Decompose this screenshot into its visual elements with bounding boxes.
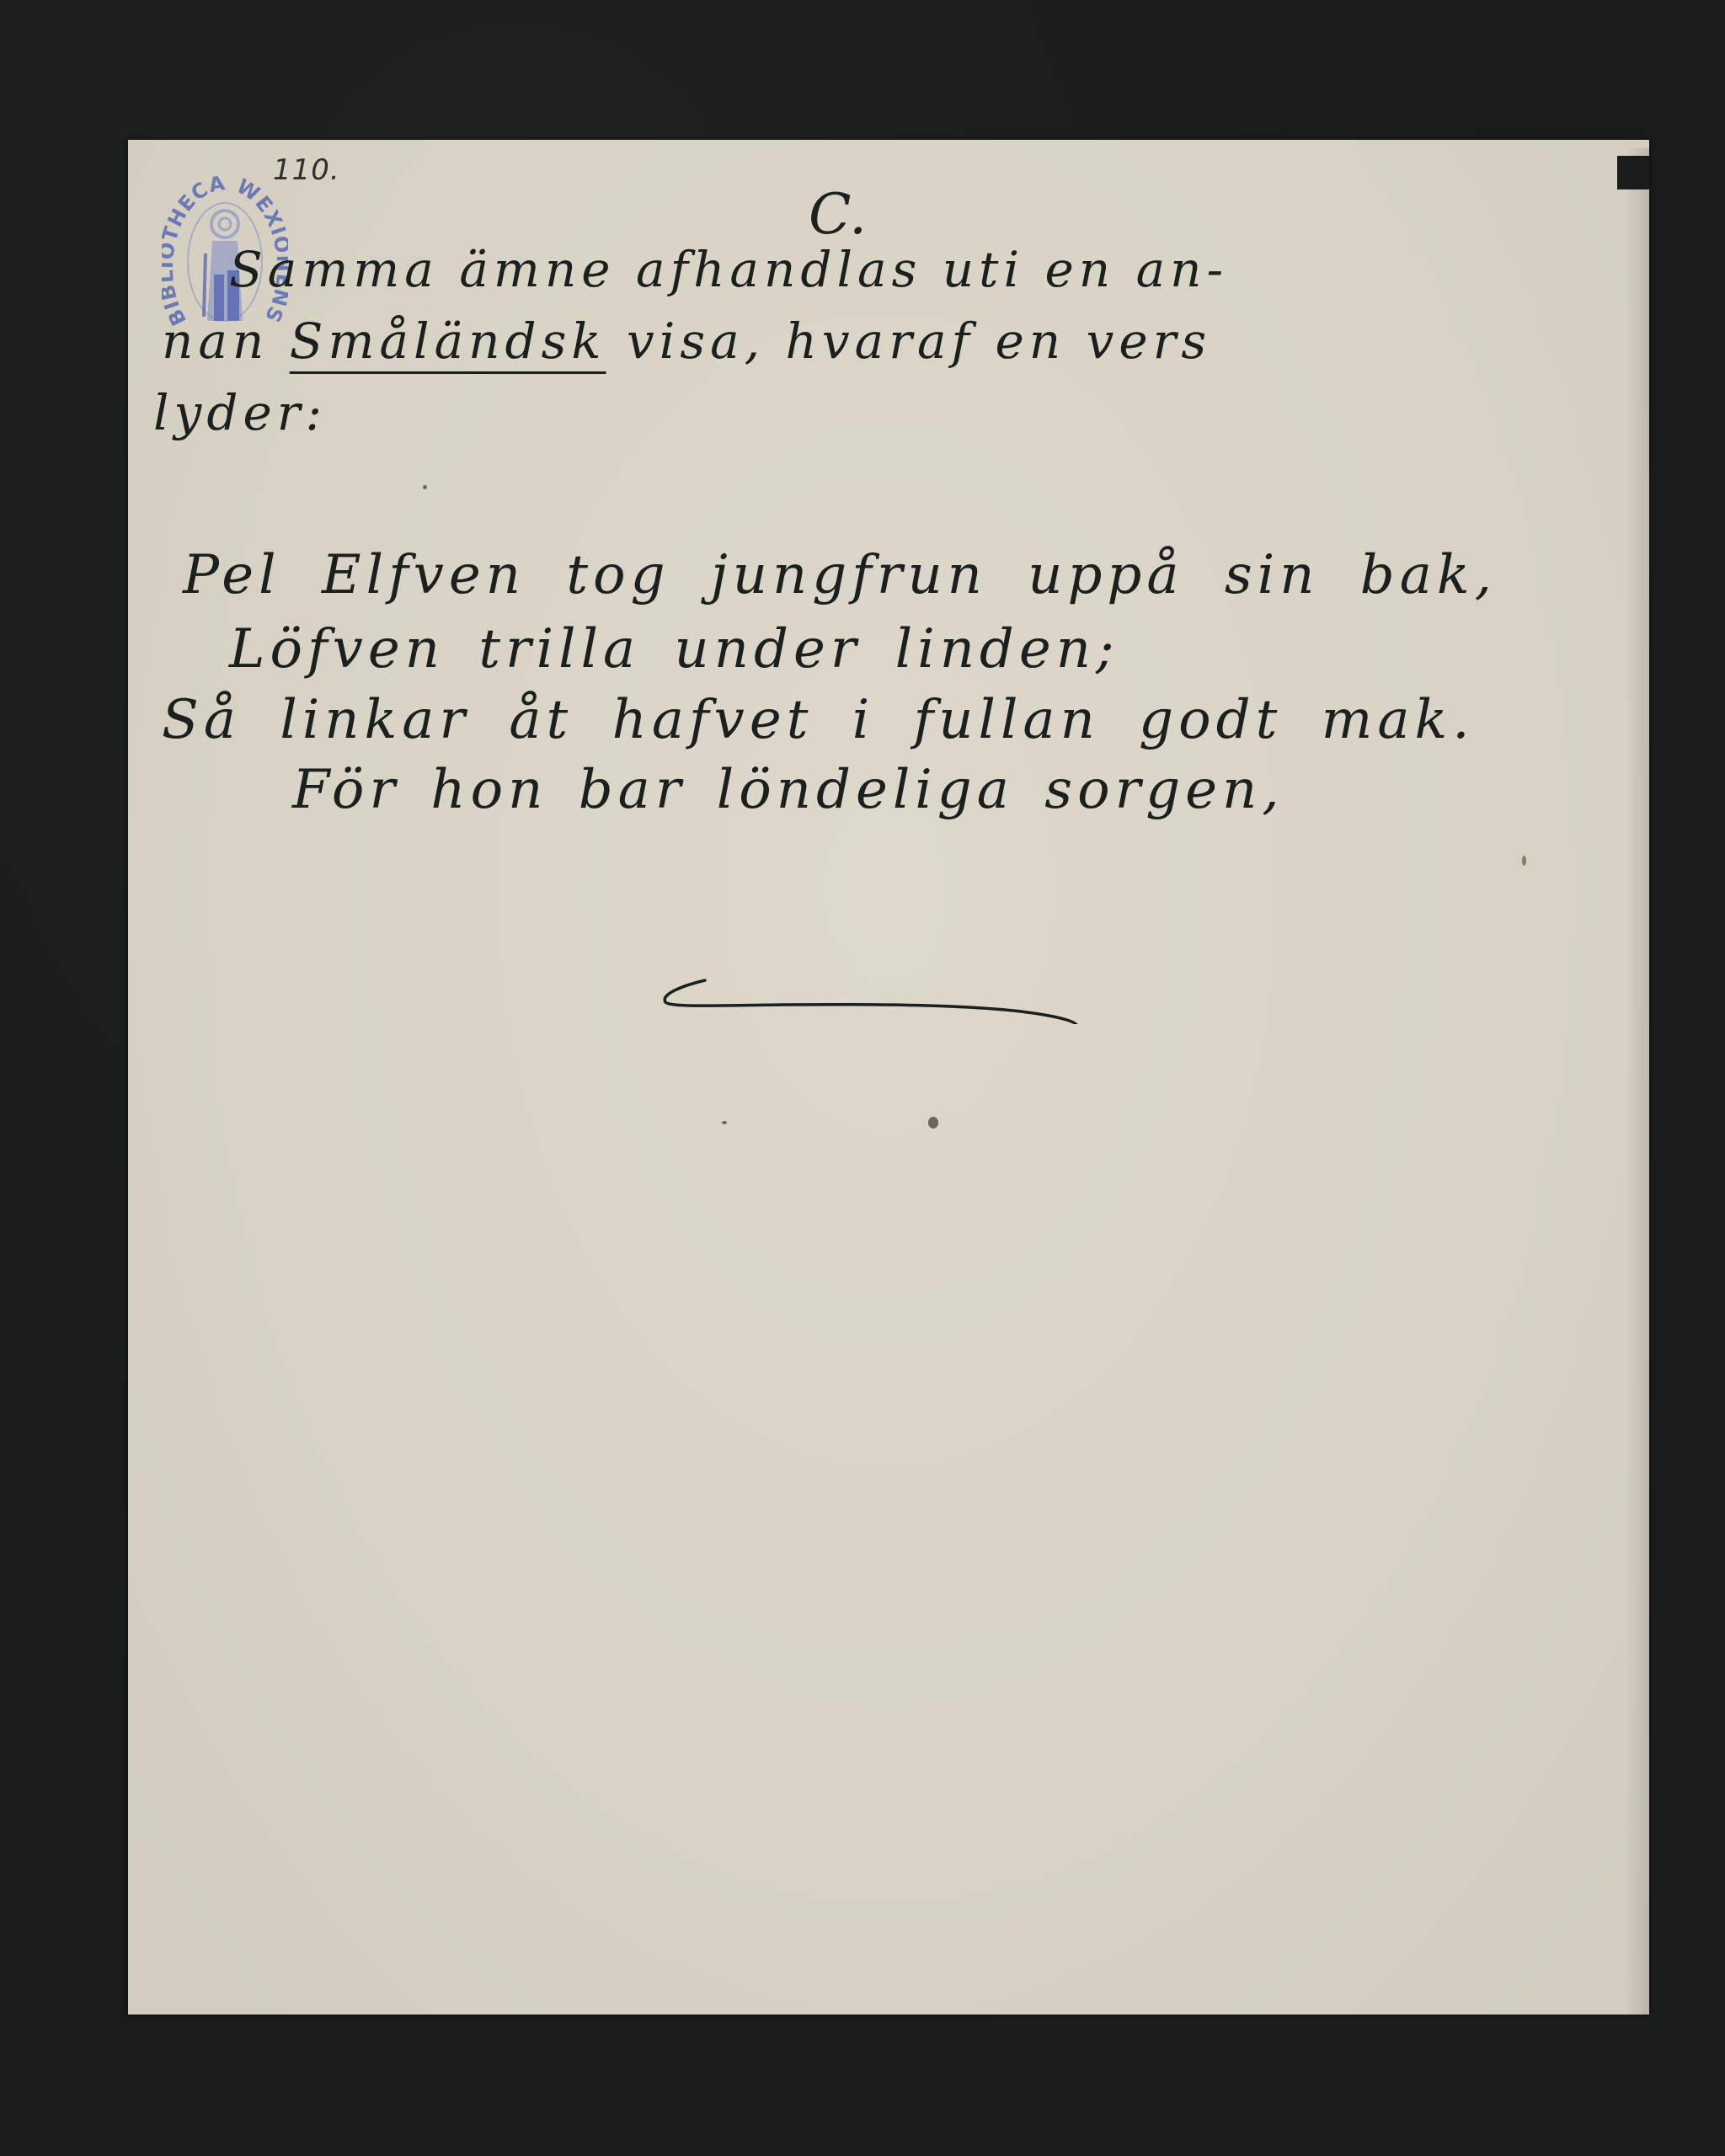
verse-line-3: Så linkar åt hafvet i fullan godt mak. xyxy=(162,689,1475,751)
manuscript-page: 110. BIBLIOTHECA WEXIONENSIS C. Samma äm… xyxy=(128,140,1649,2015)
verse-line-1: Pel Elfven tog jungfrun uppå sin bak, xyxy=(183,544,1497,606)
prose-line-2-end: visa, hvaraf en vers xyxy=(606,312,1212,370)
ink-speck xyxy=(423,485,427,489)
prose-line-2: nan Småländsk visa, hvaraf en vers xyxy=(162,312,1211,370)
end-flourish-icon xyxy=(659,974,1080,1024)
ink-speck xyxy=(928,1117,938,1129)
section-letter: C. xyxy=(809,182,867,247)
ink-speck xyxy=(722,1121,727,1124)
underlined-word-smalandsk: Småländsk xyxy=(290,312,606,370)
prose-line-3: lyder: xyxy=(153,384,327,441)
verse-line-2: Löfven trilla under linden; xyxy=(229,618,1119,680)
prose-line-2-start: nan xyxy=(162,312,290,370)
verse-line-4: För hon bar löndeliga sorgen, xyxy=(292,759,1284,821)
ink-speck xyxy=(1522,856,1526,866)
paper-edge-notch xyxy=(1617,156,1649,189)
prose-line-1: Samma ämne afhandlas uti en an- xyxy=(229,241,1228,298)
